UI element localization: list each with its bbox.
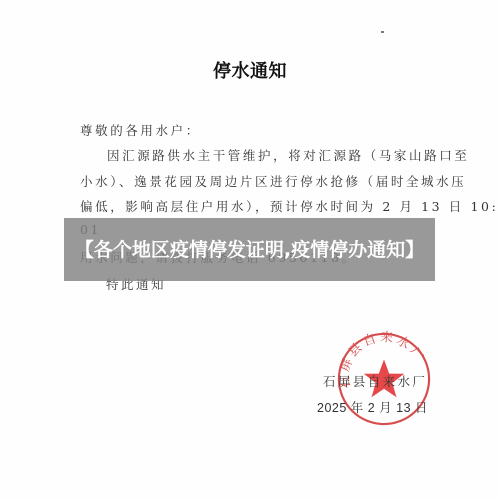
banner-title-text: 【各个地区疫情停发证明,疫情停办通知】 — [70, 238, 430, 262]
signature-org: 石屏县自来水厂 — [323, 372, 427, 390]
overlay-title-banner[interactable]: 【各个地区疫情停发证明,疫情停办通知】 — [64, 218, 435, 281]
body-line-1: 因汇源路供水主干管维护，将对汇源路（马家山路口至 — [107, 146, 452, 164]
document-page: 停水通知 尊敬的各用水户： 因汇源路供水主干管维护，将对汇源路（马家山路口至 小… — [0, 0, 500, 500]
scan-speck — [381, 31, 384, 33]
salutation: 尊敬的各用水户： — [80, 121, 201, 139]
body-line-3: 偏低，影响高层住户用水），预计停水时间为 2 月 13 日 10: — [80, 197, 425, 215]
notice-title: 停水通知 — [0, 57, 500, 83]
signature-date: 2025 年 2 月 13 日 — [317, 398, 428, 416]
body-line-2: 小水）、逸景花园及周边片区进行停水抢修（届时全城水压 — [80, 172, 425, 190]
